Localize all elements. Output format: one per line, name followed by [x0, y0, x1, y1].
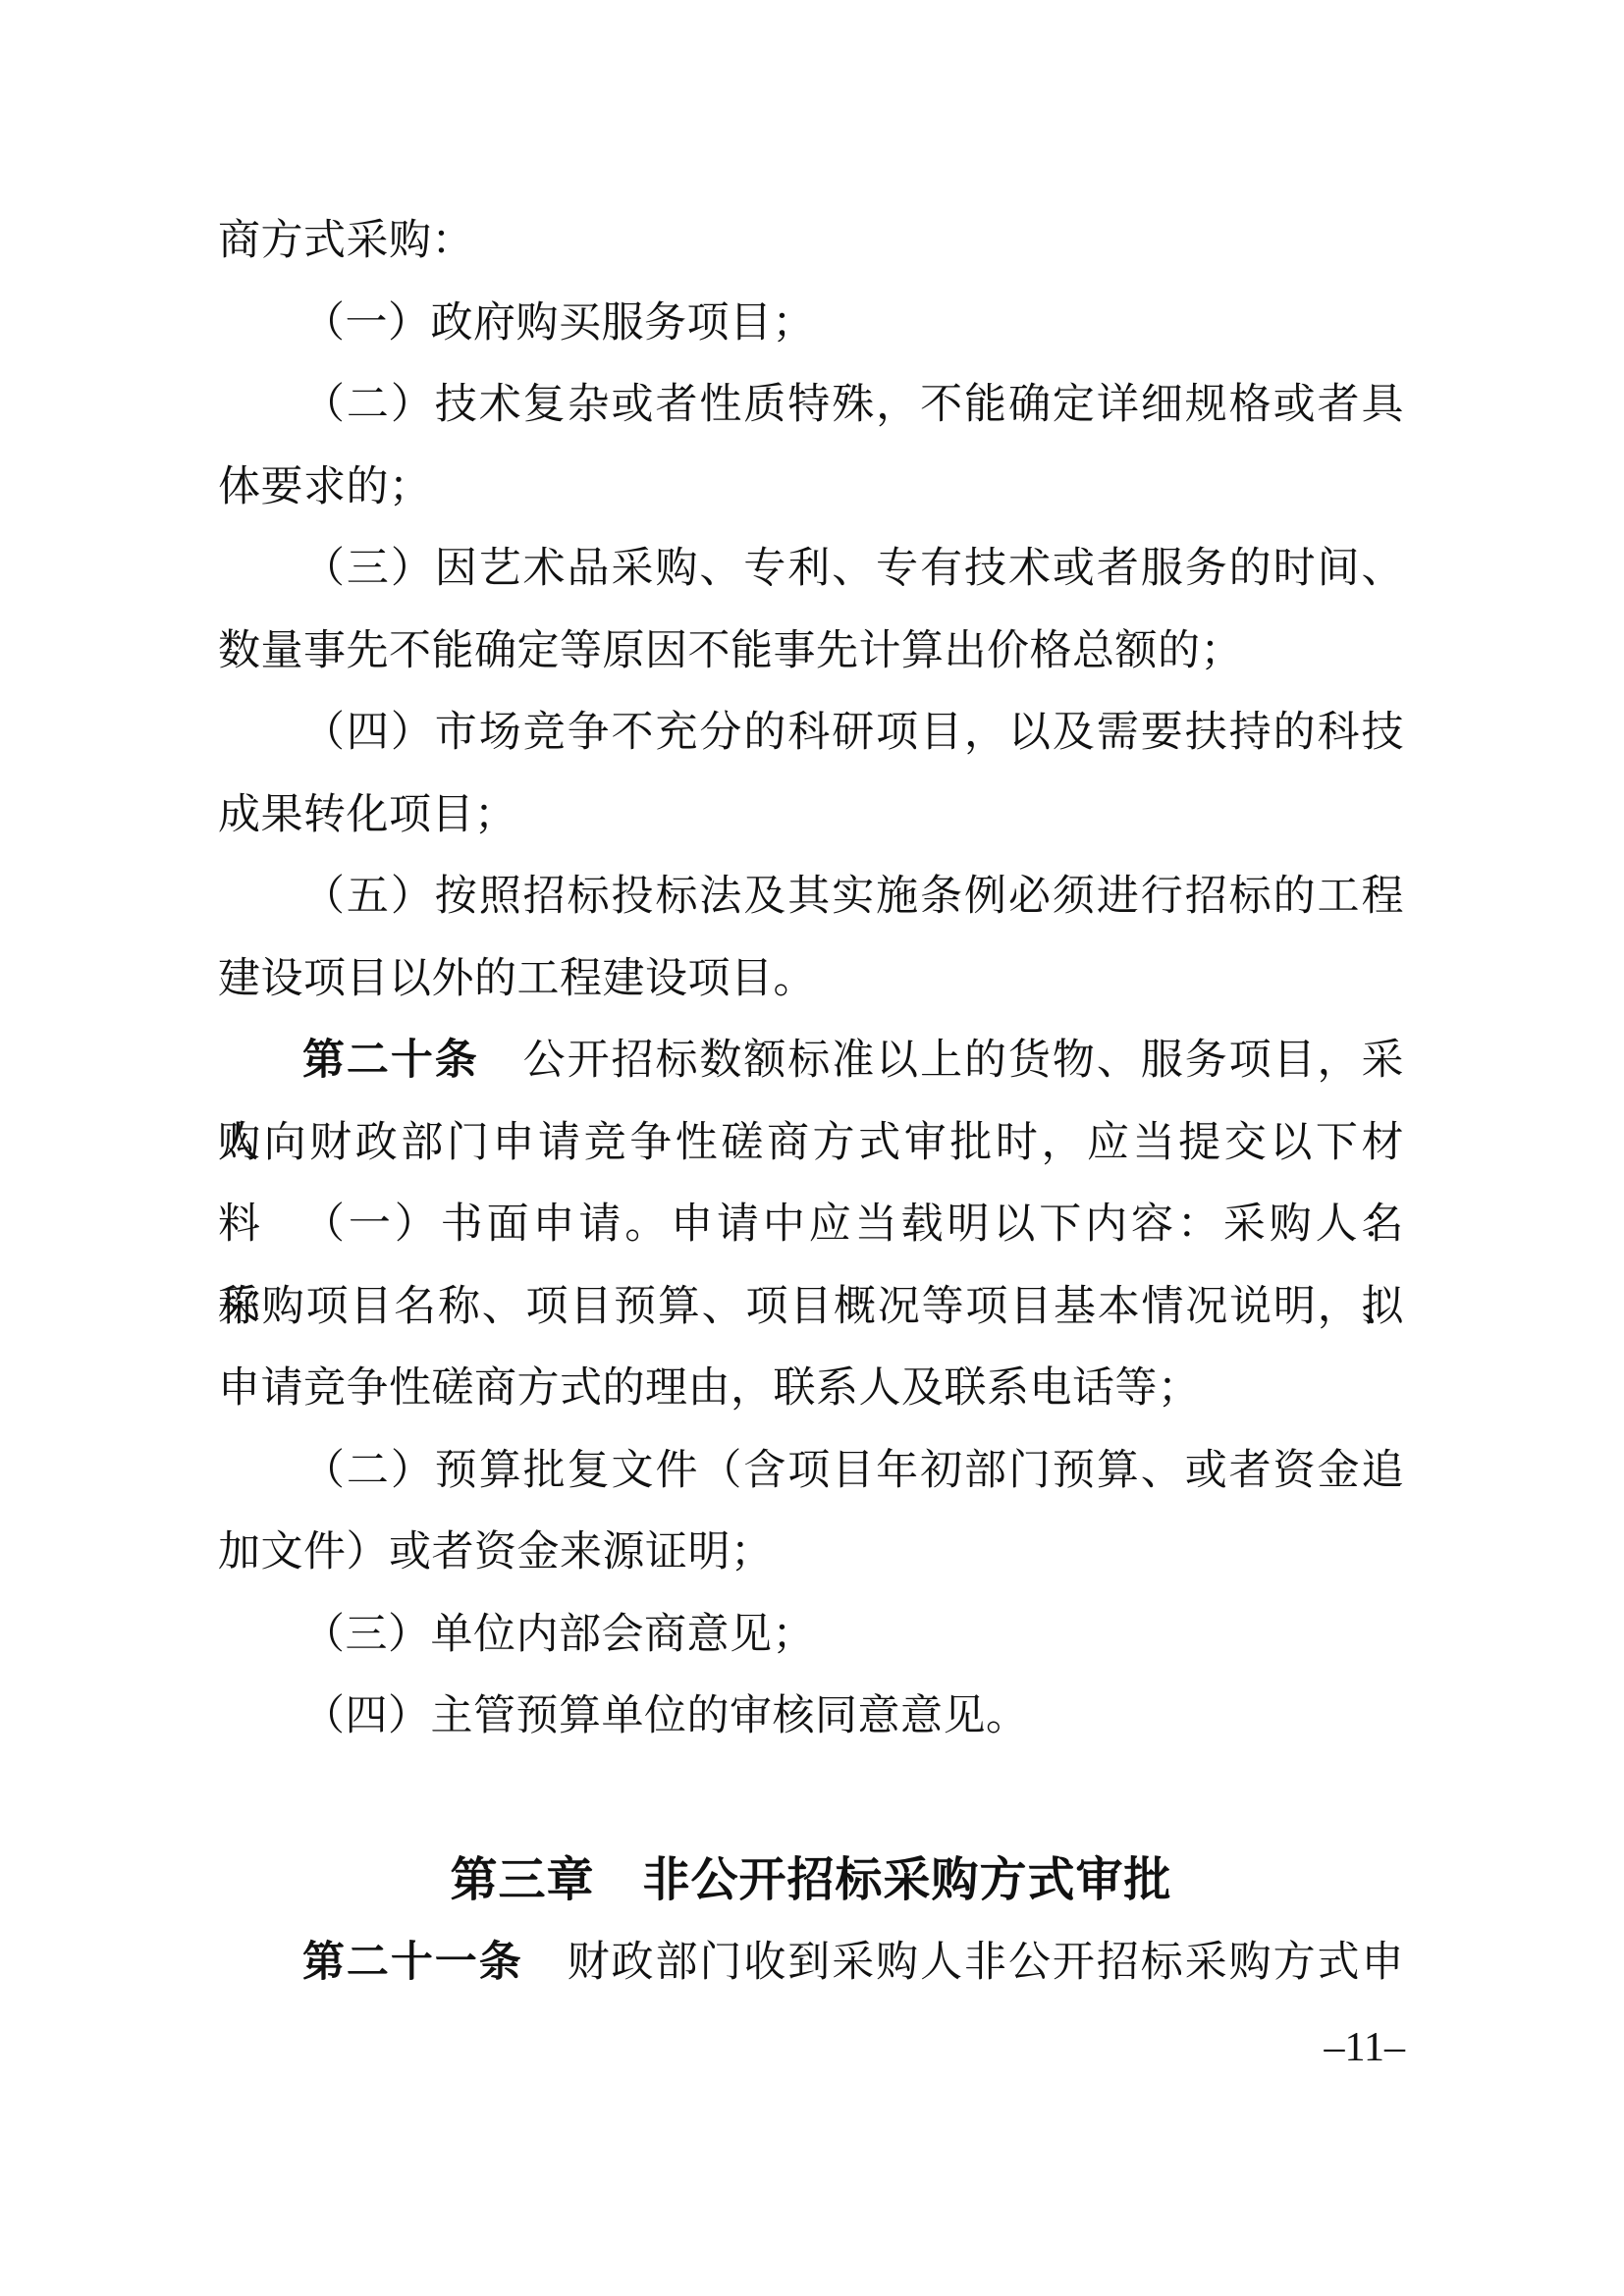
blank-line [218, 1758, 1404, 1841]
line-text: （五）按照招标投标法及其实施条例必须进行招标的工程 [302, 874, 1404, 920]
text-line: 加文件）或者资金来源证明； [218, 1512, 1404, 1594]
text-line: （三）因艺术品采购、专利、专有技术或者服务的时间、 [218, 528, 1404, 611]
line-text: 采购项目名称、项目预算、项目概况等项目基本情况说明，拟 [218, 1284, 1404, 1330]
text-line: （三）单位内部会商意见； [218, 1594, 1404, 1677]
line-text: 数量事先不能确定等原因不能事先计算出价格总额的； [218, 628, 1243, 674]
text-line: 体要求的； [218, 447, 1404, 529]
line-text: （一）政府购买服务项目； [302, 300, 815, 347]
text-line-article-21: 第二十一条 财政部门收到采购人非公开招标采购方式申 [218, 1922, 1404, 2004]
text-line: 采购项目名称、项目预算、项目概况等项目基本情况说明，拟 [218, 1266, 1404, 1349]
text-line: 成果转化项目； [218, 774, 1404, 857]
line-text: （三）因艺术品采购、专利、专有技术或者服务的时间、 [302, 546, 1404, 592]
text-line: 申请竞争性磋商方式的理由，联系人及联系电话等； [218, 1348, 1404, 1430]
text-line: （二）预算批复文件（含项目年初部门预算、或者资金追 [218, 1430, 1404, 1513]
line-text: 建设项目以外的工程建设项目。 [218, 956, 816, 1002]
line-text: 体要求的； [218, 464, 432, 510]
text-line: （一）政府购买服务项目； [218, 283, 1404, 365]
line-text: （三）单位内部会商意见； [302, 1612, 815, 1658]
text-line: （一）书面申请。申请中应当载明以下内容：采购人名称、 [218, 1184, 1404, 1266]
line-text: 申请竞争性磋商方式的理由，联系人及联系电话等； [218, 1365, 1201, 1412]
article-number-bold: 第二十条 [302, 1038, 479, 1084]
text-line: （五）按照招标投标法及其实施条例必须进行招标的工程 [218, 856, 1404, 938]
text-line: 建设项目以外的工程建设项目。 [218, 938, 1404, 1021]
text-line: （四）主管预算单位的审核同意意见。 [218, 1676, 1404, 1758]
line-text: （四）市场竞争不充分的科研项目，以及需要扶持的科技 [302, 710, 1404, 756]
document-page: 商方式采购： （一）政府购买服务项目； （二）技术复杂或者性质特殊，不能确定详细… [0, 0, 1624, 2296]
line-text: （二）技术复杂或者性质特殊，不能确定详细规格或者具 [302, 382, 1404, 428]
line-text: 加文件）或者资金来源证明； [218, 1529, 774, 1575]
line-text: （四）主管预算单位的审核同意意见。 [302, 1693, 1029, 1739]
article-number-bold: 第二十一条 [302, 1940, 523, 1986]
page-number: –11– [1325, 2024, 1405, 2071]
text-line-article-20: 第二十条 公开招标数额标准以上的货物、服务项目，采购 [218, 1020, 1404, 1102]
text-line: 人向财政部门申请竞争性磋商方式审批时，应当提交以下材料： [218, 1102, 1404, 1185]
text-line: 数量事先不能确定等原因不能事先计算出价格总额的； [218, 611, 1404, 693]
line-text: 成果转化项目； [218, 792, 517, 838]
chapter-heading: 第三章 非公开招标采购方式审批 [218, 1840, 1404, 1922]
line-text: 财政部门收到采购人非公开招标采购方式申 [523, 1940, 1404, 1986]
text-line: （四）市场竞争不充分的科研项目，以及需要扶持的科技 [218, 692, 1404, 774]
text-line: （二）技术复杂或者性质特殊，不能确定详细规格或者具 [218, 364, 1404, 447]
text-block: 商方式采购： （一）政府购买服务项目； （二）技术复杂或者性质特殊，不能确定详细… [218, 200, 1404, 2003]
line-text: （二）预算批复文件（含项目年初部门预算、或者资金追 [302, 1448, 1404, 1494]
line-text: 商方式采购： [218, 218, 474, 264]
text-line: 商方式采购： [218, 200, 1404, 283]
